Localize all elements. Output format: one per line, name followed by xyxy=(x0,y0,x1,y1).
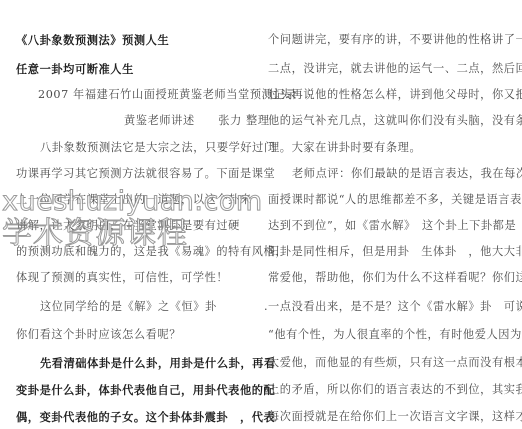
paragraph-line: 上的矛盾，所以你们的语言表达的不到位，其实我 xyxy=(268,383,522,397)
paragraph-line: “他有个性，为人很直率的个性，有时他爱人因为 xyxy=(268,328,522,342)
bold-paragraph-line: 变卦是什么卦，体卦代表他自己，用卦代表他的配 xyxy=(16,383,275,397)
paragraph-line: 个问题讲完，要有序的讲，不要讲他的性格讲了一， xyxy=(268,33,522,47)
paragraph-line: 面授课时都说“人的思维都差不多，关键是语言表 xyxy=(268,193,522,207)
paragraph-line: 一点没看出来，是不是？这个《雷水解》卦 可说 xyxy=(268,300,522,314)
record-line: 2007 年福建石竹山面授班黄鉴老师当堂预测记录 xyxy=(38,88,297,102)
bold-paragraph-line: 偶，变卦代表他的子女。这个卦体卦震卦 ，代表 xyxy=(16,410,275,424)
paragraph-line: 每次面授就是在给你们上一次语言文字课，这样才 xyxy=(268,410,522,424)
author-line: 黄鉴老师讲述 张力 整理 xyxy=(124,114,270,128)
paragraph-line: 他的运气补充几点，这就叫你们没有头脑，没有条 xyxy=(268,114,522,128)
paragraph-line: 老师点评：你们最缺的是语言表达，我在每次 xyxy=(292,167,522,181)
paragraph-line: 理。大家在讲卦时要有条理。 xyxy=(268,141,421,155)
watermark-chinese: 学术资源课程 xyxy=(2,217,188,251)
question-line: 这位同学给的是《解》之《恒》卦 . xyxy=(40,300,268,314)
document-title: 《八卦象数预测法》预测人生 xyxy=(16,33,169,47)
paragraph-line: 达到不到位”，如《雷水解》 这个卦上下卦都是 xyxy=(268,219,516,233)
paragraph-line: 阳卦是同性相斥，但是用卦 生体卦 ，他大大非 xyxy=(268,245,522,259)
paragraph-line: 常爱他，帮助他，你们为什么不这样看呢？你们这 xyxy=(268,271,522,285)
bold-paragraph-line: 先看清础体卦是什么卦，用卦是什么卦，再看 xyxy=(40,356,276,370)
question-line: 你们看这个卦时应该怎么看呢？ xyxy=(16,328,181,342)
paragraph-line: 功课再学习其它预测方法就很容易了。下面是课堂 xyxy=(16,167,275,181)
paragraph-line: 体现了预测的真实性，可信性，可学性！ xyxy=(16,271,228,285)
paragraph-line: 二点，没讲完，就去讲他的运气一、二点，然后回 xyxy=(268,62,522,76)
paragraph-line: 过头再说他的性格怎么样，讲到他父母时，你又把 xyxy=(268,88,522,102)
document-page: 《八卦象数预测法》预测人生 任意一卦均可断准人生 2007 年福建石竹山面授班黄… xyxy=(0,0,522,429)
document-subtitle: 任意一卦均可断准人生 xyxy=(16,62,134,76)
paragraph-line: 八卦象数预测法它是大宗之法，只要学好过门 xyxy=(40,141,276,155)
paragraph-line: 太爱他，而他显的有些烦，只有这一点而没有根本 xyxy=(268,356,522,370)
watermark-url: xueshuziyuan.com xyxy=(2,187,263,217)
